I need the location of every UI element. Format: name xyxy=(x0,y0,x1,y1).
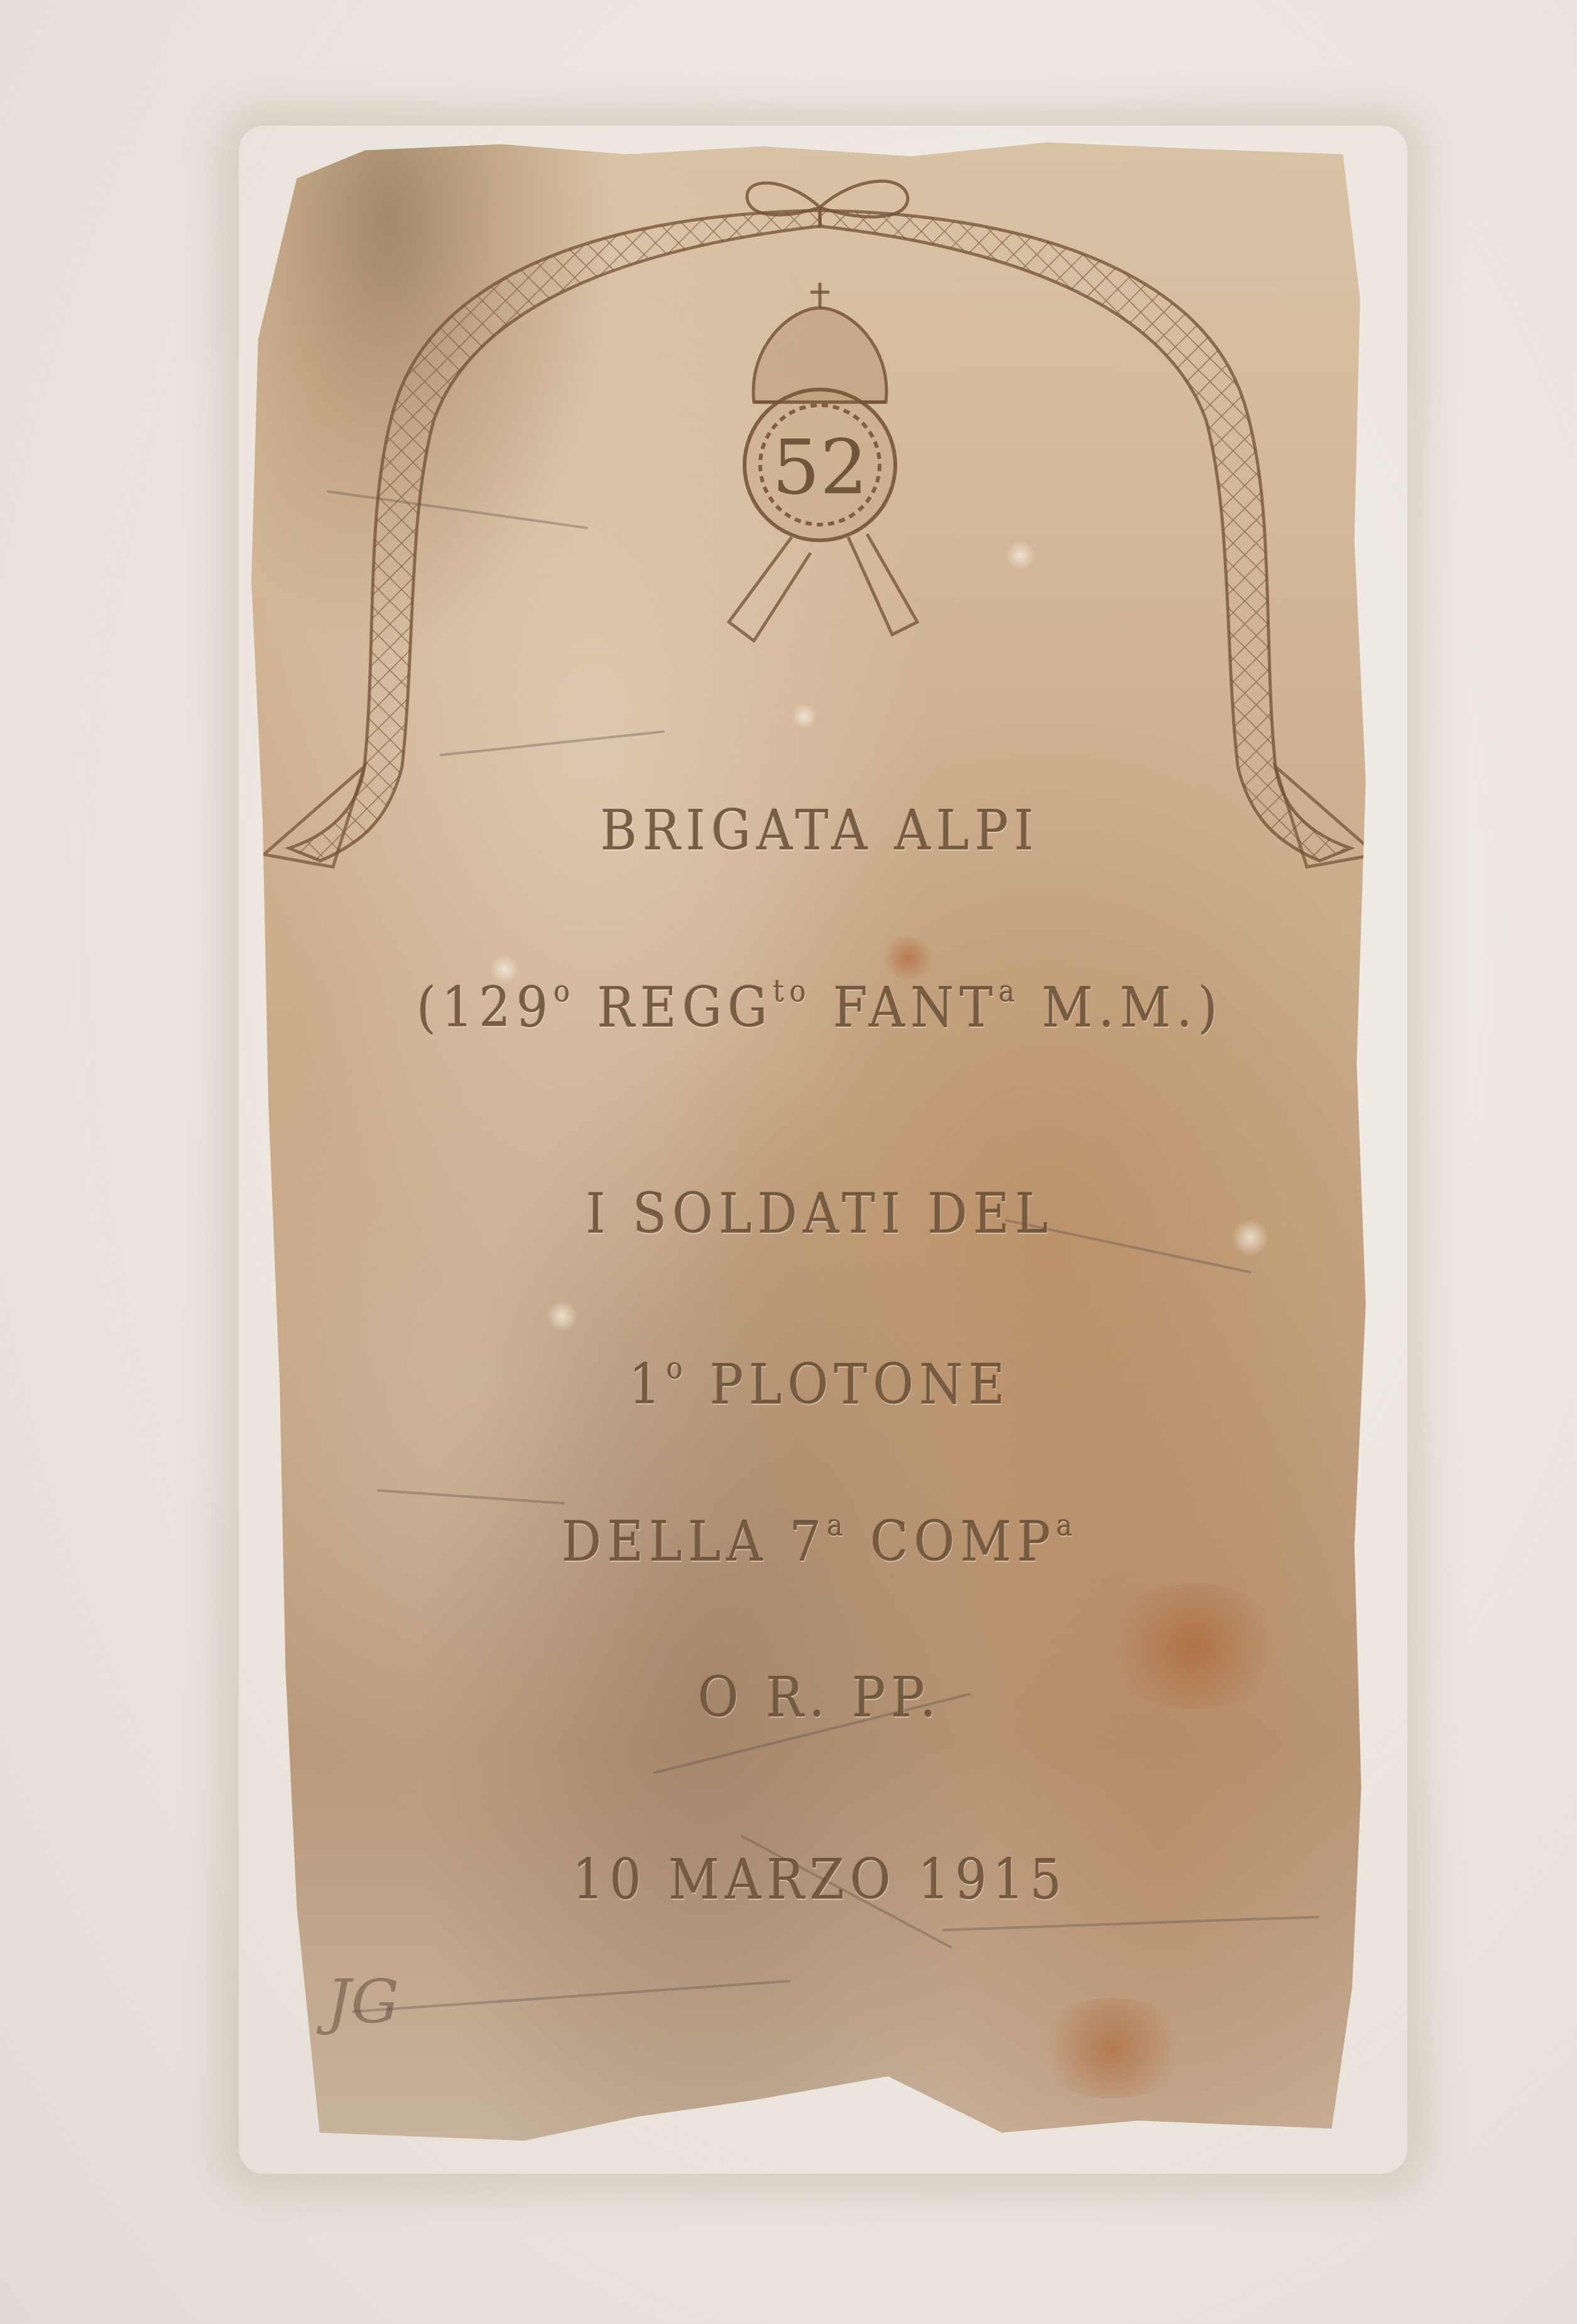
engraver-signature: JG xyxy=(327,1967,399,2037)
medallion-number: 52 xyxy=(772,424,868,511)
marble-vein xyxy=(942,1916,1319,1931)
inscription-line-soldati: I SOLDATI DEL xyxy=(308,1181,1332,1246)
rust-stain xyxy=(1030,1998,1194,2098)
inscription-line-plotone: 1o PLOTONE xyxy=(308,1351,1332,1417)
marble-pit xyxy=(547,1301,578,1332)
inscription-line-regiment: (129o REGGto FANTa M.M.) xyxy=(308,974,1332,1040)
marble-vein xyxy=(377,1489,565,1505)
royal-crown-icon xyxy=(753,283,887,402)
inscription-line-date: 10 MARZO 1915 xyxy=(308,1847,1332,1912)
marble-plaque: 52 BRIGATA ALPI (129o REGGto FANTa M.M.)… xyxy=(251,138,1389,2149)
rope-garland-left xyxy=(289,210,820,861)
marble-vein xyxy=(352,1980,791,2013)
inscription-line-brigata: BRIGATA ALPI xyxy=(308,798,1332,863)
inscription-line-compagnia: DELLA 7a COMPa xyxy=(308,1508,1332,1574)
medallion-ribbon-tails xyxy=(729,534,917,641)
rope-garland-right xyxy=(820,210,1351,861)
inscription-line-orate: O R. PP. xyxy=(308,1665,1332,1730)
